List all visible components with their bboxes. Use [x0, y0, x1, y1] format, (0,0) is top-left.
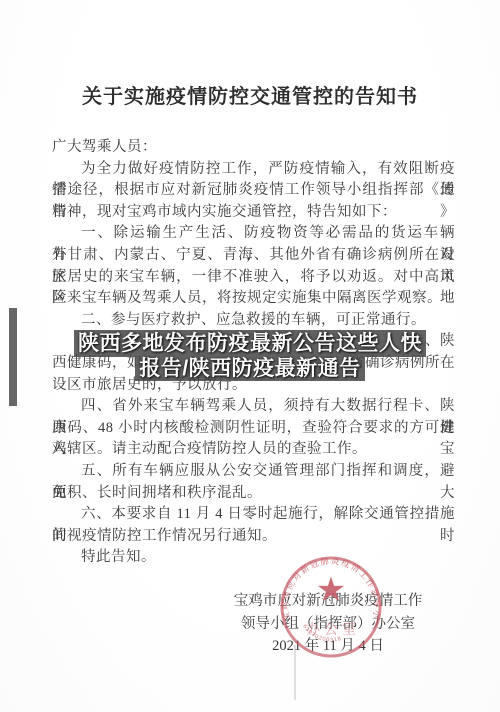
- doc-line: 有甘肃、内蒙古、宁夏、青海、其他外省有确诊病例所在设区市: [52, 245, 455, 267]
- doc-line: 旅居史的来宝车辆，一律不准驶入，将予以劝返。对中高风险地: [52, 267, 455, 289]
- caption-line1: 陕西多地发布防疫最新公告这些人快: [74, 330, 426, 357]
- news-caption-overlay: 陕西多地发布防疫最新公告这些人快 报告/陕西防疫最新通告: [0, 330, 500, 381]
- doc-line: 康码、48 小时内核酸检测阴性证明，查验符合要求的方可进入宝: [52, 418, 455, 440]
- doc-line: 为全力做好疫情防控工作，严防疫情输入，有效阻断疫情传: [52, 159, 455, 181]
- doc-line: 广大驾乘人员：: [52, 137, 455, 159]
- doc-line: 播途径，根据市应对新冠肺炎疫情工作领导小组指挥部《通告》: [52, 180, 455, 202]
- doc-line: 五、所有车辆应服从公安交通管理部门指挥和调度，避免大: [52, 461, 455, 483]
- doc-line: 一、除运输生产生活、防疫物资等必需品的货运车辆外，对: [52, 223, 455, 245]
- seal-star-icon: ★: [316, 572, 346, 609]
- doc-line: 特此告知。: [52, 547, 455, 569]
- page-title: 关于实施疫情防控交通管控的告知书: [0, 80, 500, 109]
- doc-line: 二、参与医疗救护、应急救援的车辆，可正常通行。: [52, 310, 455, 332]
- official-seal: 宝鸡市应对新冠肺炎疫情工作领导小组 ★ 办公室 61030200318: [278, 554, 384, 660]
- caption-line2: 报告/陕西防疫最新通告: [135, 357, 364, 381]
- doc-line: 区来宝车辆及驾乘人员，将按规定实施集中隔离医学观察。: [52, 288, 455, 310]
- doc-line: 精神，现对宝鸡市域内实施交通管控，特告知如下：: [52, 202, 455, 224]
- doc-line: 六、本要求自 11 月 4 日零时起施行，解除交通管控措施的时: [52, 504, 455, 526]
- doc-line: 四、省外来宝车辆驾乘人员，须持有大数据行程卡、陕西健: [52, 396, 455, 418]
- document-page: 关于实施疫情防控交通管控的告知书 广大驾乘人员：为全力做好疫情防控工作，严防疫情…: [0, 0, 500, 712]
